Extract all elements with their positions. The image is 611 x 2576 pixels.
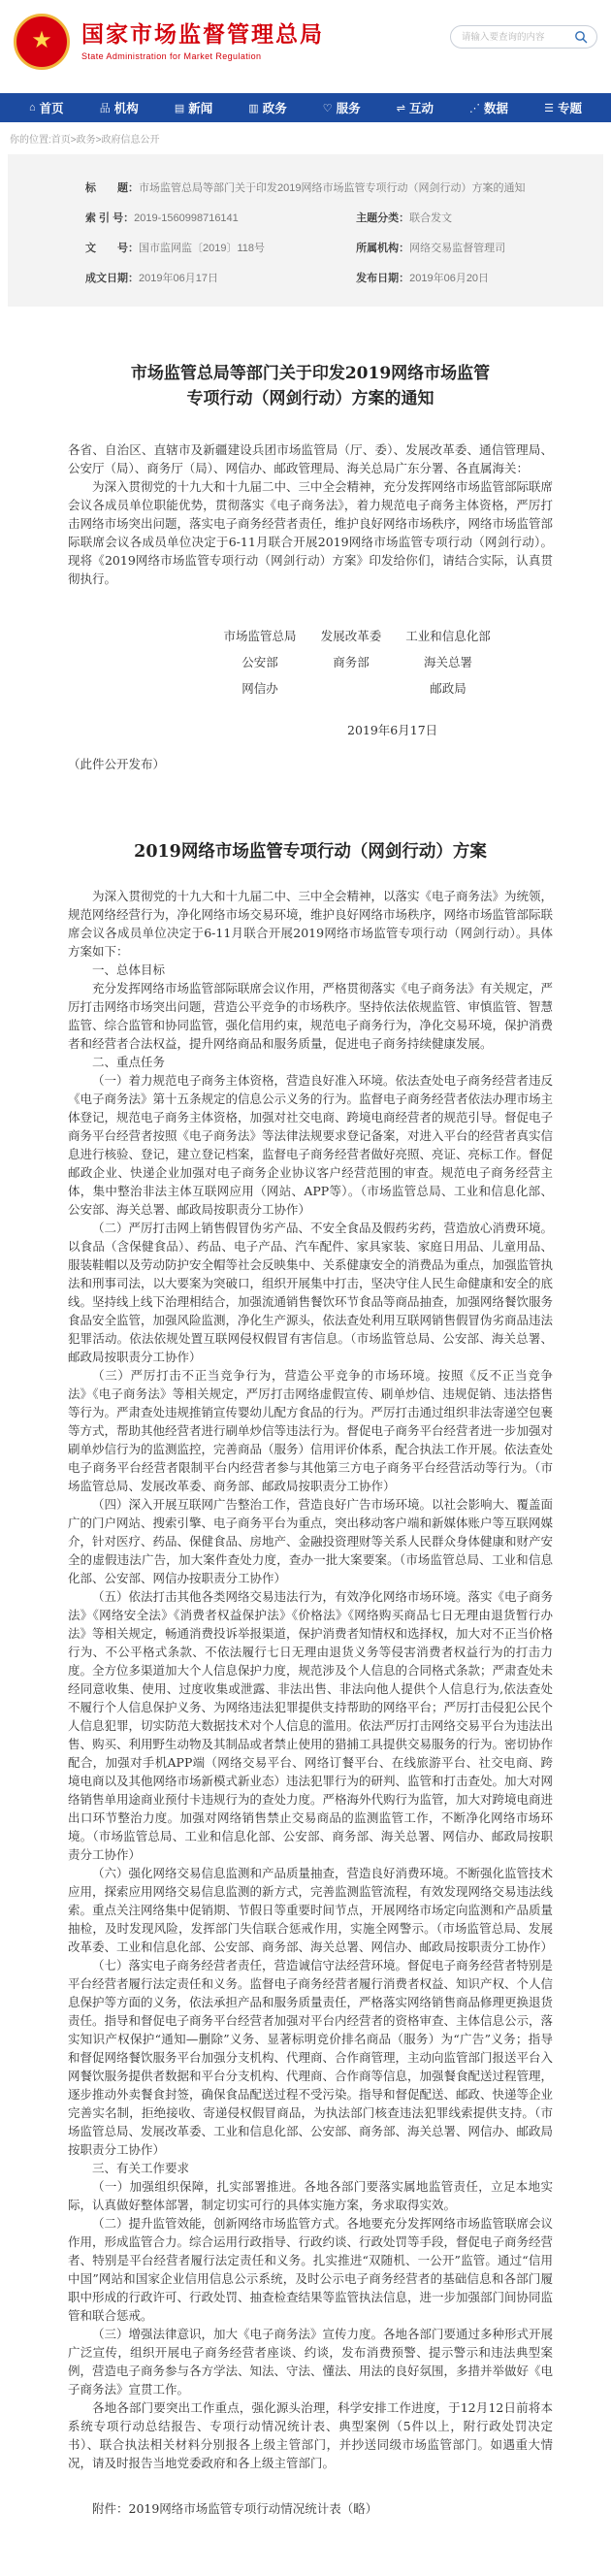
meta-topic-label: 主题分类： (356, 212, 409, 224)
meta-index-label: 索 引 号： (85, 212, 134, 224)
meta-topic-value: 联合发文 (409, 212, 452, 224)
meta-docno-value: 国市监网监〔2019〕118号 (139, 243, 265, 254)
main-nav: ⌂首页 品机构 ▤新闻 ▥政务 ♡服务 ⇌互动 ⋰数据 ☰专题 (0, 93, 611, 122)
plan-paragraph: （二）严厉打击网上销售假冒伪劣产品、不安全食品及假药劣药，营造放心消费环境。以食… (68, 1219, 553, 1366)
nav-item-topics[interactable]: ☰专题 (544, 99, 582, 116)
meta-docno-label: 文 号： (85, 243, 139, 254)
meta-date-written-label: 成文日期： (85, 273, 139, 284)
document-title: 市场监管总局等部门关于印发2019网络市场监管 专项行动（网剑行动）方案的通知 (68, 361, 553, 411)
plan-paragraph: 为深入贯彻党的十九大和十九届二中、三中全会精神，以落实《电子商务法》为统领，规范… (68, 887, 553, 961)
plan-paragraph: （一）着力规范电子商务主体资格，营造良好准入环境。依法查处电子商务经营者违反《电… (68, 1071, 553, 1219)
nav-item-data[interactable]: ⋰数据 (469, 99, 508, 116)
plan-paragraph: （二）提升监管效能，创新网络市场监管方式。各地要充分发挥网络市场监管联席会议作用… (68, 2214, 553, 2325)
plan-paragraph: （七）落实电子商务经营者责任，营造诚信守法经营环境。督促电子商务经营者特别是平台… (68, 1956, 553, 2159)
signature-block: 市场监管总局 发展改革委 工业和信息化部 公安部 商务部 海关总署 网信办 邮政… (211, 627, 553, 698)
document-body: 市场监管总局等部门关于印发2019网络市场监管 专项行动（网剑行动）方案的通知 … (0, 307, 611, 2576)
chart-icon: ⋰ (469, 102, 480, 114)
meta-title-label: 标 题： (85, 182, 139, 194)
site-header: ★ 国家市场监督管理总局 State Administration for Ma… (0, 0, 611, 93)
plan-paragraph: 充分发挥网络市场监管部际联席会议作用，严格贯彻落实《电子商务法》有关规定，严厉打… (68, 979, 553, 1053)
heart-icon: ♡ (323, 102, 333, 114)
nav-item-home[interactable]: ⌂首页 (29, 99, 64, 116)
plan-paragraph: 各地各部门要突出工作重点，强化源头治理，科学安排工作进度，于12月12日前将本系… (68, 2398, 553, 2472)
national-emblem-icon: ★ (14, 14, 70, 70)
meta-date-written-value: 2019年06月17日 (139, 273, 218, 284)
attachment-note: 附件：2019网络市场监管专项行动情况统计表（略） (68, 2499, 553, 2518)
home-icon: ⌂ (29, 102, 36, 114)
plan-paragraph: （四）深入开展互联网广告整治工作，营造良好广告市场环境。以社会影响大、覆盖面广的… (68, 1495, 553, 1587)
plan-paragraph: （五）依法打击其他各类网络交易违法行为，有效净化网络市场环境。落实《电子商务法》… (68, 1587, 553, 1864)
plan-section-heading: 二、重点任务 (68, 1053, 553, 1071)
search-input[interactable] (460, 31, 574, 44)
document-icon: ▥ (248, 102, 258, 114)
nav-item-organization[interactable]: 品机构 (100, 99, 139, 116)
plan-paragraph: （一）加强组织保障，扎实部署推进。各地各部门要落实属地监管责任，立足本地实际，认… (68, 2177, 553, 2214)
signature-date: 2019年6月17日 (68, 721, 553, 739)
news-icon: ▤ (175, 102, 184, 114)
public-release-note: （此件公开发布） (68, 755, 553, 773)
nav-item-government[interactable]: ▥政务 (248, 99, 286, 116)
breadcrumb: 你的位置:首页>政务>政府信息公开 (0, 122, 611, 152)
search-box[interactable] (450, 25, 597, 49)
nav-item-services[interactable]: ♡服务 (323, 99, 361, 116)
search-icon[interactable] (574, 30, 588, 44)
notice-paragraph: 为深入贯彻党的十九大和十九届二中、三中全会精神，充分发挥网络市场监管部际联席会议… (68, 477, 553, 588)
plan-paragraph: （三）增强法律意识，加大《电子商务法》宣传力度。各地各部门要通过多种形式开展广泛… (68, 2325, 553, 2398)
document-metadata: 标 题：市场监管总局等部门关于印发2019网络市场监管专项行动（网剑行动）方案的… (8, 154, 603, 307)
star-icon: ★ (31, 29, 52, 52)
meta-date-pub-value: 2019年06月20日 (409, 273, 489, 284)
site-title-cn: 国家市场监督管理总局 (81, 22, 324, 47)
nav-item-interaction[interactable]: ⇌互动 (397, 99, 434, 116)
meta-title-value: 市场监管总局等部门关于印发2019网络市场监管专项行动（网剑行动）方案的通知 (139, 182, 525, 194)
plan-section-heading: 三、有关工作要求 (68, 2159, 553, 2177)
meta-org-value: 网络交易监督管理司 (409, 243, 505, 254)
meta-index-value: 2019-1560998716141 (134, 212, 239, 224)
organization-icon: 品 (100, 100, 111, 115)
addressee-paragraph: 各省、自治区、直辖市及新疆建设兵团市场监管局（厅、委）、发展改革委、通信管理局、… (68, 440, 553, 477)
arrows-icon: ⇌ (397, 102, 405, 114)
nav-item-news[interactable]: ▤新闻 (175, 99, 212, 116)
meta-date-pub-label: 发布日期： (356, 273, 409, 284)
plan-paragraph: （六）强化网络交易信息监测和产品质量抽查，营造良好消费环境。不断强化监管技术应用… (68, 1864, 553, 1956)
list-icon: ☰ (544, 102, 554, 114)
plan-paragraph: （三）严厉打击不正当竞争行为，营造公平竞争的市场环境。按照《反不正当竞争法》《电… (68, 1366, 553, 1495)
meta-org-label: 所属机构： (356, 243, 409, 254)
plan-title: 2019网络市场监管专项行动（网剑行动）方案 (68, 843, 553, 862)
plan-section-heading: 一、总体目标 (68, 961, 553, 979)
site-title-en: State Administration for Market Regulati… (81, 51, 324, 61)
